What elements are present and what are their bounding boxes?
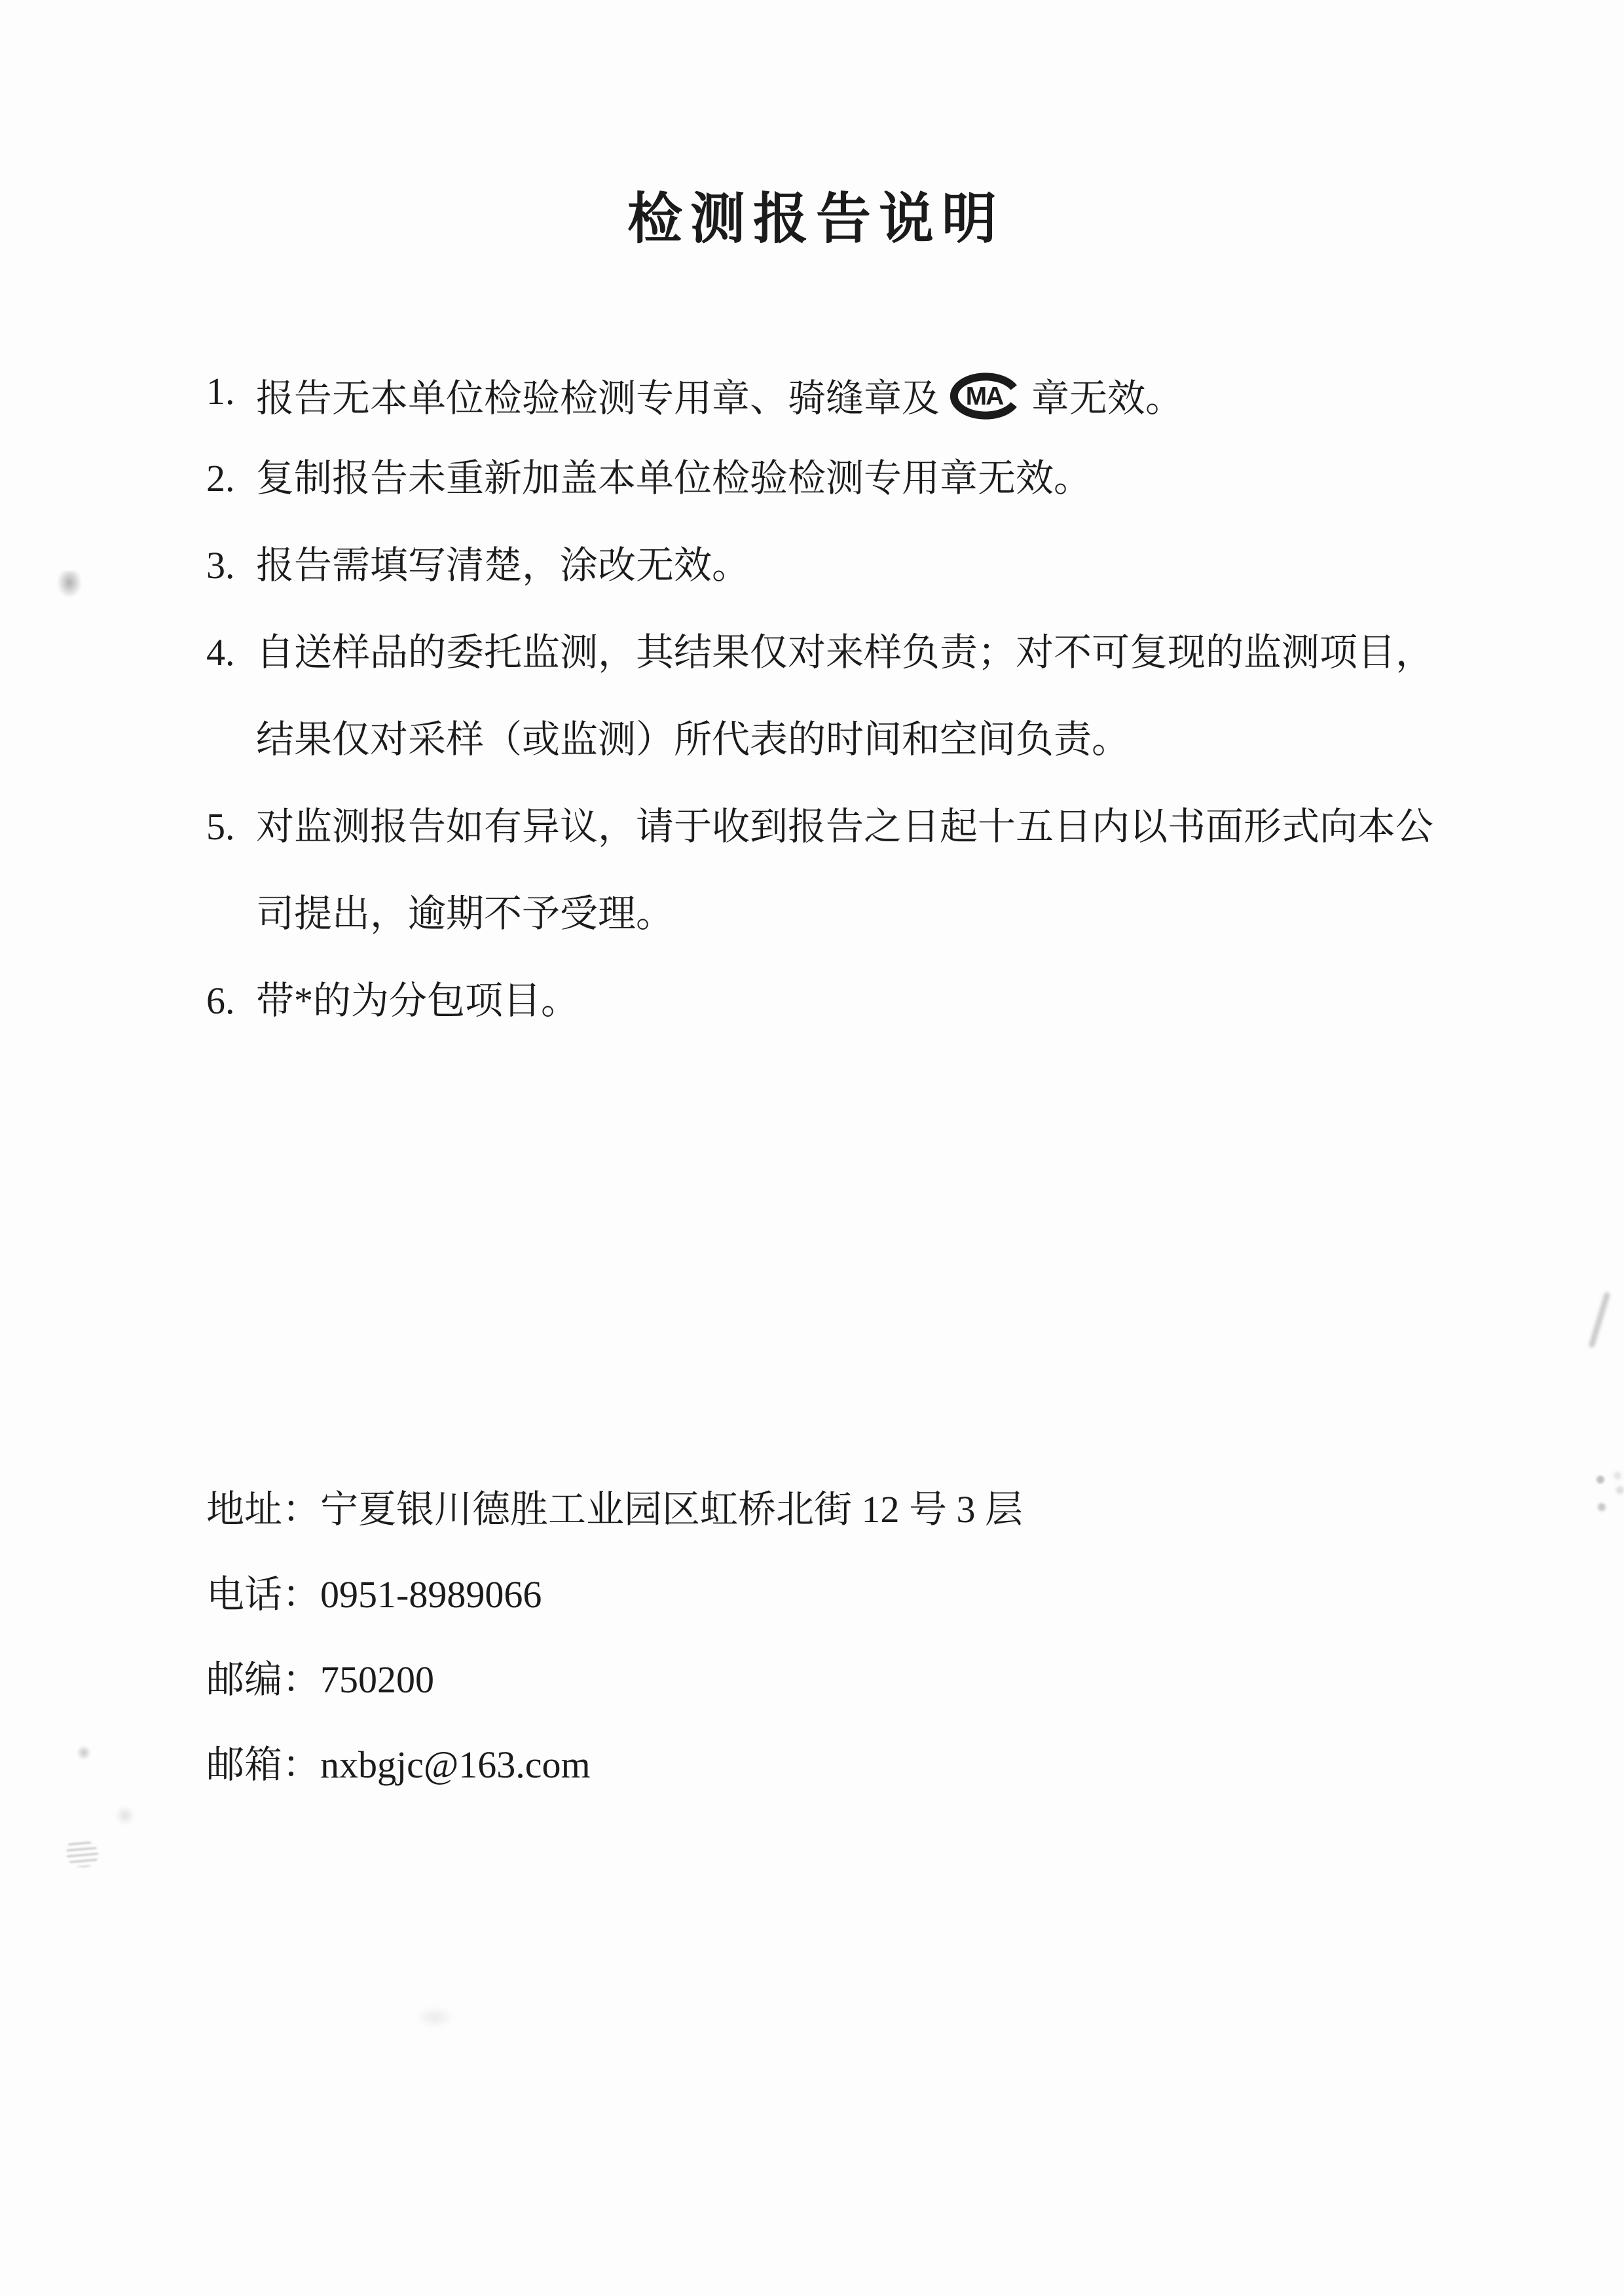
- note-text: 对监测报告如有异议，请于收到报告之日起十五日内以书面形式向本公: [256, 807, 1433, 846]
- note-number: 3.: [206, 546, 256, 585]
- note-line-2: 2. 复制报告未重新加盖本单位检验检测专用章无效。: [206, 459, 1433, 546]
- note-number: 5.: [206, 807, 256, 846]
- note-text: 复制报告未重新加盖本单位检验检测专用章无效。: [256, 459, 1092, 498]
- contact-row-postcode: 邮编： 750200: [206, 1660, 1023, 1745]
- note-line-4a: 4. 自送样品的委托监测，其结果仅对来样负责；对不可复现的监测项目，: [206, 633, 1433, 720]
- note-line-5a: 5. 对监测报告如有异议，请于收到报告之日起十五日内以书面形式向本公: [206, 807, 1433, 894]
- document-page: 检测报告说明 1. 报告无本单位检验检测专用章、骑缝章及MA章无效。 2. 复制…: [0, 0, 1624, 2296]
- cma-mark-icon: MA: [949, 372, 1022, 420]
- contact-row-email: 邮箱： nxbgjc@163.com: [206, 1745, 1023, 1831]
- note-line-1: 1. 报告无本单位检验检测专用章、骑缝章及MA章无效。: [206, 372, 1433, 459]
- note-text-before-cma: 报告无本单位检验检测专用章、骑缝章及: [256, 377, 940, 420]
- contact-address-value: 宁夏银川德胜工业园区虹桥北街 12 号 3 层: [320, 1490, 1023, 1529]
- scan-artifact: [415, 2006, 454, 2028]
- scan-artifact: [115, 1806, 135, 1825]
- note-number: 4.: [206, 633, 256, 672]
- note-number: 6.: [206, 981, 256, 1020]
- contact-label: 邮箱：: [206, 1745, 320, 1784]
- contact-block: 地址： 宁夏银川德胜工业园区虹桥北街 12 号 3 层 电话： 0951-898…: [206, 1490, 1023, 1831]
- scan-artifact: [1588, 1292, 1610, 1349]
- note-text: 司提出，逾期不予受理。: [256, 894, 674, 933]
- cma-mark-text: MA: [966, 382, 1005, 410]
- note-number: 1.: [206, 372, 256, 410]
- note-line-6: 6. 带*的为分包项目。: [206, 981, 1433, 1068]
- note-line-3: 3. 报告需填写清楚，涂改无效。: [206, 546, 1433, 633]
- note-text: 自送样品的委托监测，其结果仅对来样负责；对不可复现的监测项目，: [256, 633, 1433, 672]
- contact-label: 地址：: [206, 1490, 320, 1529]
- note-text: 报告需填写清楚，涂改无效。: [256, 546, 750, 585]
- contact-row-phone: 电话： 0951-8989066: [206, 1575, 1023, 1660]
- scan-artifact: [76, 1745, 92, 1760]
- contact-label: 邮编：: [206, 1660, 320, 1699]
- note-text: 结果仅对采样（或监测）所代表的时间和空间负责。: [256, 720, 1130, 759]
- notes-list: 1. 报告无本单位检验检测专用章、骑缝章及MA章无效。 2. 复制报告未重新加盖…: [206, 372, 1433, 1068]
- contact-postcode-value: 750200: [320, 1660, 434, 1699]
- contact-label: 电话：: [206, 1575, 320, 1614]
- contact-email-value: nxbgjc@163.com: [320, 1745, 591, 1784]
- scan-artifact: [58, 571, 81, 597]
- note-text-after-cma: 章无效。: [1031, 377, 1183, 420]
- note-line-4b: 结果仅对采样（或监测）所代表的时间和空间负责。: [206, 720, 1433, 807]
- scan-artifact: [67, 1840, 98, 1867]
- note-number: 2.: [206, 459, 256, 498]
- contact-row-address: 地址： 宁夏银川德胜工业园区虹桥北街 12 号 3 层: [206, 1490, 1023, 1575]
- note-text: 报告无本单位检验检测专用章、骑缝章及MA章无效。: [256, 372, 1183, 420]
- note-line-5b: 司提出，逾期不予受理。: [206, 894, 1433, 981]
- page-title: 检测报告说明: [0, 192, 1624, 247]
- note-text: 带*的为分包项目。: [256, 981, 579, 1020]
- scan-artifact: [1596, 1476, 1604, 1484]
- contact-phone-value: 0951-8989066: [320, 1575, 542, 1614]
